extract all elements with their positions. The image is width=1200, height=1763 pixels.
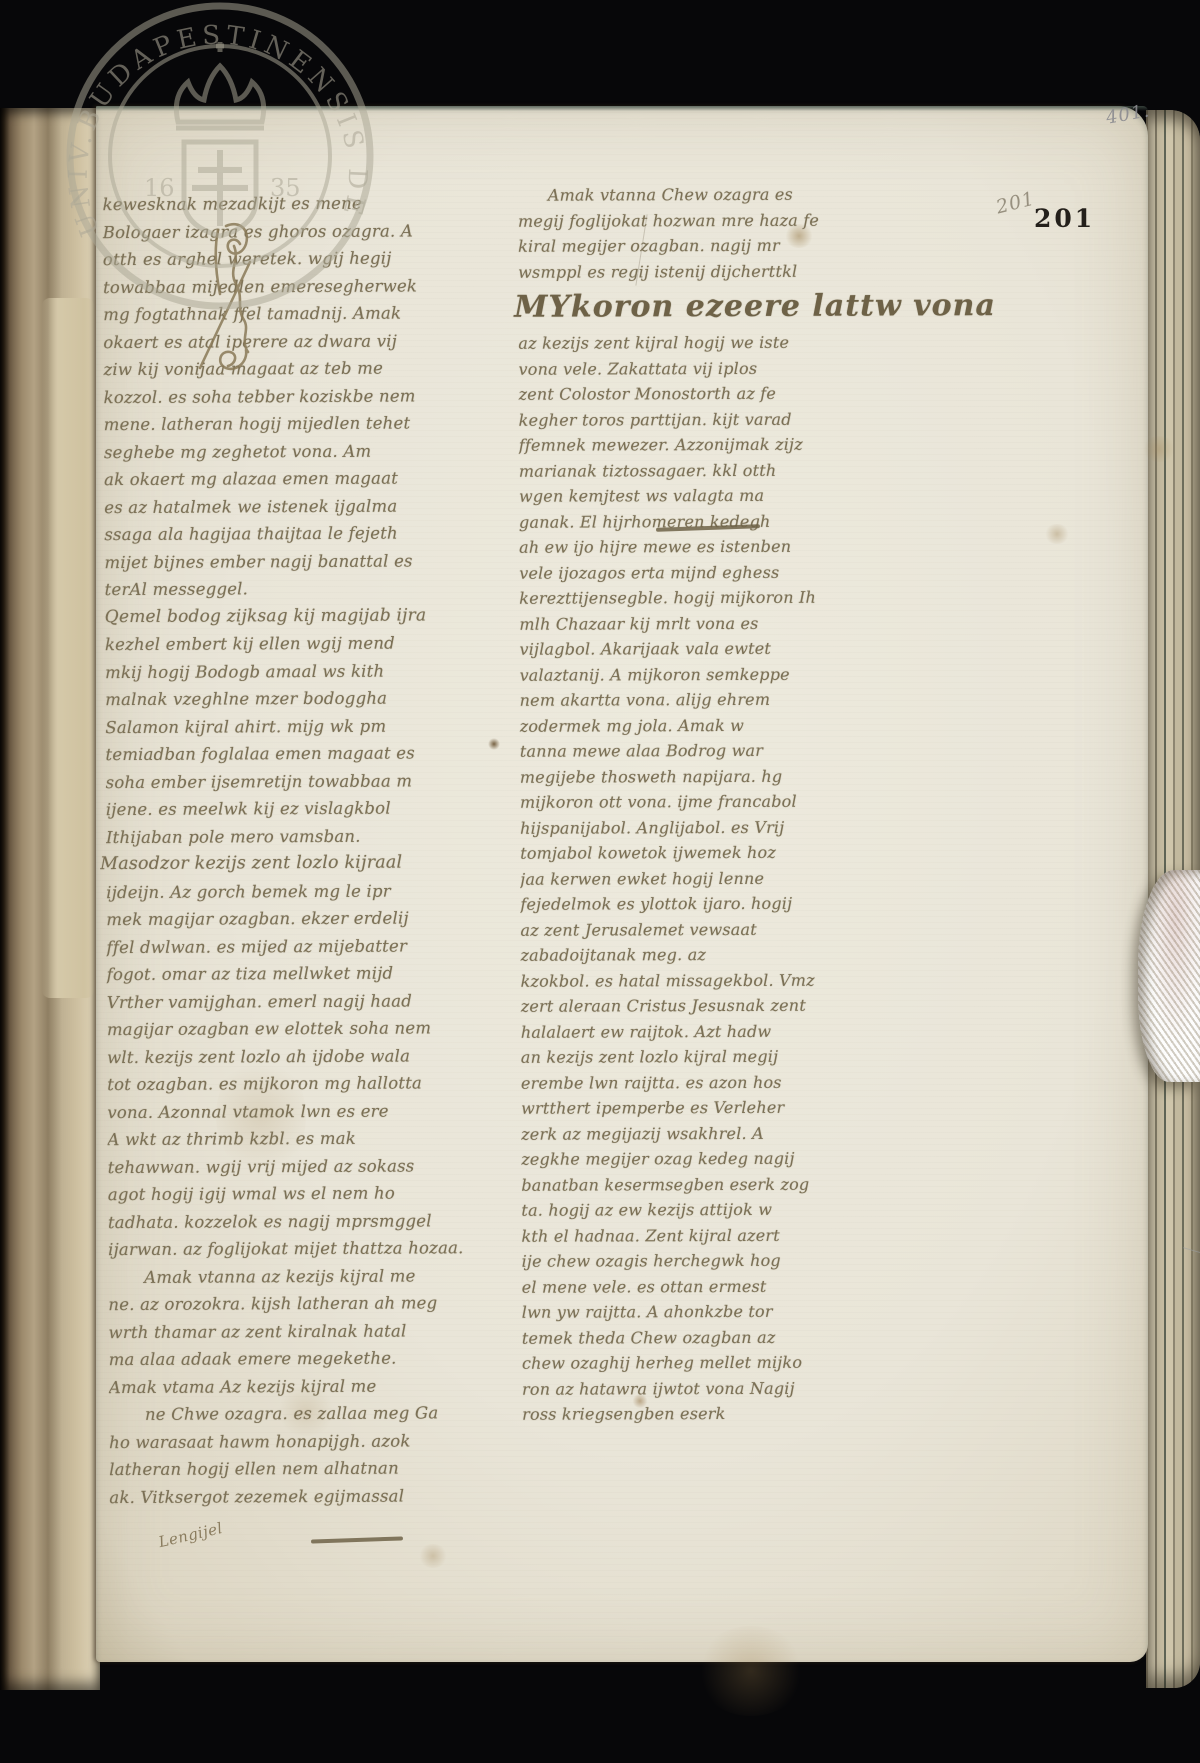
manuscript-page: kewesknak mezadkijt es meneBologaer izag… xyxy=(96,106,1148,1662)
stamp-shield xyxy=(184,142,256,236)
manuscript-line: ganak. El hijrhomeren kedegh xyxy=(519,508,939,535)
manuscript-line: ffel dwlwan. es mijed az mijebatter xyxy=(106,931,520,961)
manuscript-line: valaztanij. A mijkoron semkeppe xyxy=(520,661,940,688)
manuscript-line: vele ijozagos erta mijnd eghess xyxy=(519,559,939,586)
manuscript-line: ho warasaat hawm honapijgh. azok xyxy=(109,1426,523,1456)
binding-gutter xyxy=(0,108,100,1690)
manuscript-line: Amak vtama Az kezijs kijral me xyxy=(109,1371,523,1401)
manuscript-line: chew ozaghij herheg mellet mijko xyxy=(522,1349,942,1376)
manuscript-line: temiadban foglalaa emen magaat es xyxy=(105,739,519,769)
library-stamp-watermark: UNIV.BUDAPESTINENSIS DE EOTVOS 16 35 xyxy=(48,0,392,334)
manuscript-line: ross kriegsengben eserk xyxy=(522,1400,942,1427)
manuscript-line: mene. latheran hogij mijedlen tehet xyxy=(104,409,518,439)
manuscript-line: kozzol. es soha tebber koziskbe nem xyxy=(104,381,518,411)
manuscript-line: kezhel embert kij ellen wgij mend xyxy=(105,629,519,659)
manuscript-line: ah ew ijo hijre mewe es istenben xyxy=(519,533,939,560)
book: kewesknak mezadkijt es meneBologaer izag… xyxy=(0,106,1200,1690)
margin-note-lengijel: Lengijel xyxy=(157,1519,225,1551)
manuscript-line: fogot. omar az tiza mellwket mijd xyxy=(107,959,521,989)
manuscript-line: seghebe mg zeghetot vona. Am xyxy=(104,436,518,466)
manuscript-line: Amak vtanna az kezijs kijral me xyxy=(108,1261,522,1291)
manuscript-line: ak okaert mg alazaa emen magaat xyxy=(104,464,518,494)
manuscript-line: zerk az megijazij wsakhrel. A xyxy=(521,1120,941,1147)
manuscript-line: mek magijar ozagban. ekzer erdelij xyxy=(106,904,520,934)
manuscript-line: vona vele. Zakattata vij iplos xyxy=(518,355,938,382)
manuscript-line: Amak vtanna Chew ozagra es xyxy=(518,181,938,208)
manuscript-line: magijar ozagban ew elottek soha nem xyxy=(107,1014,521,1044)
manuscript-line: zodermek mg jola. Amak w xyxy=(520,712,940,739)
gutter-repair-patch xyxy=(42,298,94,998)
manuscript-line: megijebe thosweth napijara. hg xyxy=(520,763,940,790)
manuscript-line: az zent Jerusalemet vewsaat xyxy=(520,916,940,943)
manuscript-line: kth el hadnaa. Zent kijral azert xyxy=(521,1222,941,1249)
manuscript-line: terAl messeggel. xyxy=(105,574,519,604)
glove-finger xyxy=(1138,870,1200,1082)
manuscript-line: wrth thamar az zent kiralnak hatal xyxy=(108,1316,522,1346)
manuscript-left-column: kewesknak mezadkijt es meneBologaer izag… xyxy=(103,189,524,1511)
manuscript-line: mkij hogij Bodogb amaal ws kith xyxy=(105,656,519,686)
manuscript-line: ta. hogij az ew kezijs attijok w xyxy=(521,1196,941,1223)
manuscript-line: ijdeijn. Az gorch bemek mg le ipr xyxy=(106,876,520,906)
stamp-year-right: 35 xyxy=(270,174,301,202)
manuscript-line: kerezttijensegble. hogij mijkoron Ih xyxy=(519,584,939,611)
manuscript-line: kzokbol. es hatal missagekbol. Vmz xyxy=(521,967,941,994)
manuscript-line: mijet bijnes ember nagij banattal es xyxy=(104,546,518,576)
manuscript-line: agot hogij igij wmal ws el nem ho xyxy=(108,1179,522,1209)
manuscript-line: nem akartta vona. alijg ehrem xyxy=(520,686,940,713)
manuscript-line: mijkoron ott vona. ijme francabol xyxy=(520,788,940,815)
manuscript-line: hijspanijabol. Anglijabol. es Vrij xyxy=(520,814,940,841)
manuscript-line: vona. Azonnal vtamok lwn es ere xyxy=(107,1096,521,1126)
manuscript-line: el mene vele. es ottan ermest xyxy=(522,1273,942,1300)
manuscript-line: A wkt az thrimb kzbl. es mak xyxy=(107,1124,521,1154)
manuscript-line: zabadoijtanak meg. az xyxy=(520,941,940,968)
manuscript-line: es az hatalmek we istenek ijgalma xyxy=(104,491,518,521)
manuscript-line: tot ozagban. es mijkoron mg hallotta xyxy=(107,1069,521,1099)
manuscript-line: ije chew ozagis herchegwk hog xyxy=(522,1247,942,1274)
manuscript-line: erembe lwn raijtta. es azon hos xyxy=(521,1069,941,1096)
page-number-stamped: 201 xyxy=(1034,204,1095,233)
manuscript-line: temek theda Chew ozagban az xyxy=(522,1324,942,1351)
manuscript-line: mlh Chazaar kij mrlt vona es xyxy=(519,610,939,637)
manuscript-line: wsmppl es regij istenij dijcherttkl xyxy=(518,258,938,285)
strikethrough-mark xyxy=(311,1536,403,1543)
manuscript-line: halalaert ew raijtok. Azt hadw xyxy=(521,1018,941,1045)
manuscript-line: ron az hatawra ijwtot vona Nagij xyxy=(522,1375,942,1402)
manuscript-line: malnak vzeghlne mzer bodoggha xyxy=(105,684,519,714)
manuscript-line: ne Chwe ozagra. es zallaa meg Ga xyxy=(109,1399,523,1429)
manuscript-line: Salamon kijral ahirt. mijg wk pm xyxy=(105,711,519,741)
manuscript-line: kegher toros parttijan. kijt varad xyxy=(519,406,939,433)
manuscript-line: ijarwan. az foglijokat mijet thattza hoz… xyxy=(108,1234,522,1264)
manuscript-line: Ithijaban pole mero vamsban. xyxy=(106,821,520,851)
manuscript-line: tanna mewe alaa Bodrog war xyxy=(520,737,940,764)
manuscript-line: kiral megijer ozagban. nagij mr xyxy=(518,232,938,259)
manuscript-line: ijene. es meelwk kij ez vislagkbol xyxy=(106,794,520,824)
manuscript-line: wrtthert ipemperbe es Verleher xyxy=(521,1094,941,1121)
stamp-year-left: 16 xyxy=(144,174,175,202)
stain xyxy=(696,1626,806,1716)
manuscript-line: Masodzor kezijs zent lozlo kijraal xyxy=(100,849,520,879)
manuscript-line: ffemnek mewezer. Azzonijmak zijz xyxy=(519,431,939,458)
chapter-heading: MYkoron ezeere lattw vona xyxy=(514,283,938,330)
right-column-opening: Amak vtanna Chew ozagra esmegij foglijok… xyxy=(518,181,938,284)
manuscript-line: ssaga ala hagijaa thaijtaa le fejeth xyxy=(104,519,518,549)
manuscript-line: megij foglijokat hozwan mre haza fe xyxy=(518,207,938,234)
manuscript-line: jaa kerwen ewket hogij lenne xyxy=(520,865,940,892)
manuscript-right-column: Amak vtanna Chew ozagra esmegij foglijok… xyxy=(518,181,942,1427)
manuscript-line: zent Colostor Monostorth az fe xyxy=(519,380,939,407)
manuscript-line: wlt. kezijs zent lozlo ah ijdobe wala xyxy=(107,1041,521,1071)
manuscript-line: latheran hogij ellen nem alhatnan xyxy=(109,1454,523,1484)
manuscript-line: ziw kij vonijaa magaat az teb me xyxy=(103,354,517,384)
manuscript-line: tadhata. kozzelok es nagij mprsmggel xyxy=(108,1206,522,1236)
manuscript-line: zert aleraan Cristus Jesusnak zent xyxy=(521,992,941,1019)
stain xyxy=(418,1544,448,1568)
manuscript-line: fejedelmok es ylottok ijaro. hogij xyxy=(520,890,940,917)
manuscript-line: banatban kesermsegben eserk zog xyxy=(521,1171,941,1198)
manuscript-line: tomjabol kowetok ijwemek hoz xyxy=(520,839,940,866)
manuscript-line: az kezijs zent kijral hogij we iste xyxy=(518,329,938,356)
manuscript-line: soha ember ijsemretijn towabbaa m xyxy=(106,766,520,796)
manuscript-line: Vrther vamijghan. emerl nagij haad xyxy=(107,986,521,1016)
manuscript-line: wgen kemjtest ws valagta ma xyxy=(519,482,939,509)
manuscript-line: tehawwan. wgij vrij mijed az sokass xyxy=(108,1151,522,1181)
manuscript-line: ak. Vitksergot zezemek egijmassal xyxy=(109,1481,523,1511)
manuscript-line: vijlagbol. Akarijaak vala ewtet xyxy=(519,635,939,662)
manuscript-line: Qemel bodog zijksag kij magijab ijra xyxy=(105,601,519,631)
manuscript-line: an kezijs zent lozlo kijral megij xyxy=(521,1043,941,1070)
photo-background: { "photo": { "background_color": "#07070… xyxy=(0,0,1200,1763)
right-column-body: az kezijs zent kijral hogij we istevona … xyxy=(518,329,942,1427)
manuscript-line: ma alaa adaak emere megekethe. xyxy=(109,1344,523,1374)
manuscript-line: lwn yw raijtta. A ahonkzbe tor xyxy=(522,1298,942,1325)
manuscript-line: zegkhe megijer ozag kedeg nagij xyxy=(521,1145,941,1172)
manuscript-line: marianak tiztossagaer. kkl otth xyxy=(519,457,939,484)
stain xyxy=(1044,524,1070,544)
manuscript-line: ne. az orozokra. kijsh latheran ah meg xyxy=(108,1289,522,1319)
